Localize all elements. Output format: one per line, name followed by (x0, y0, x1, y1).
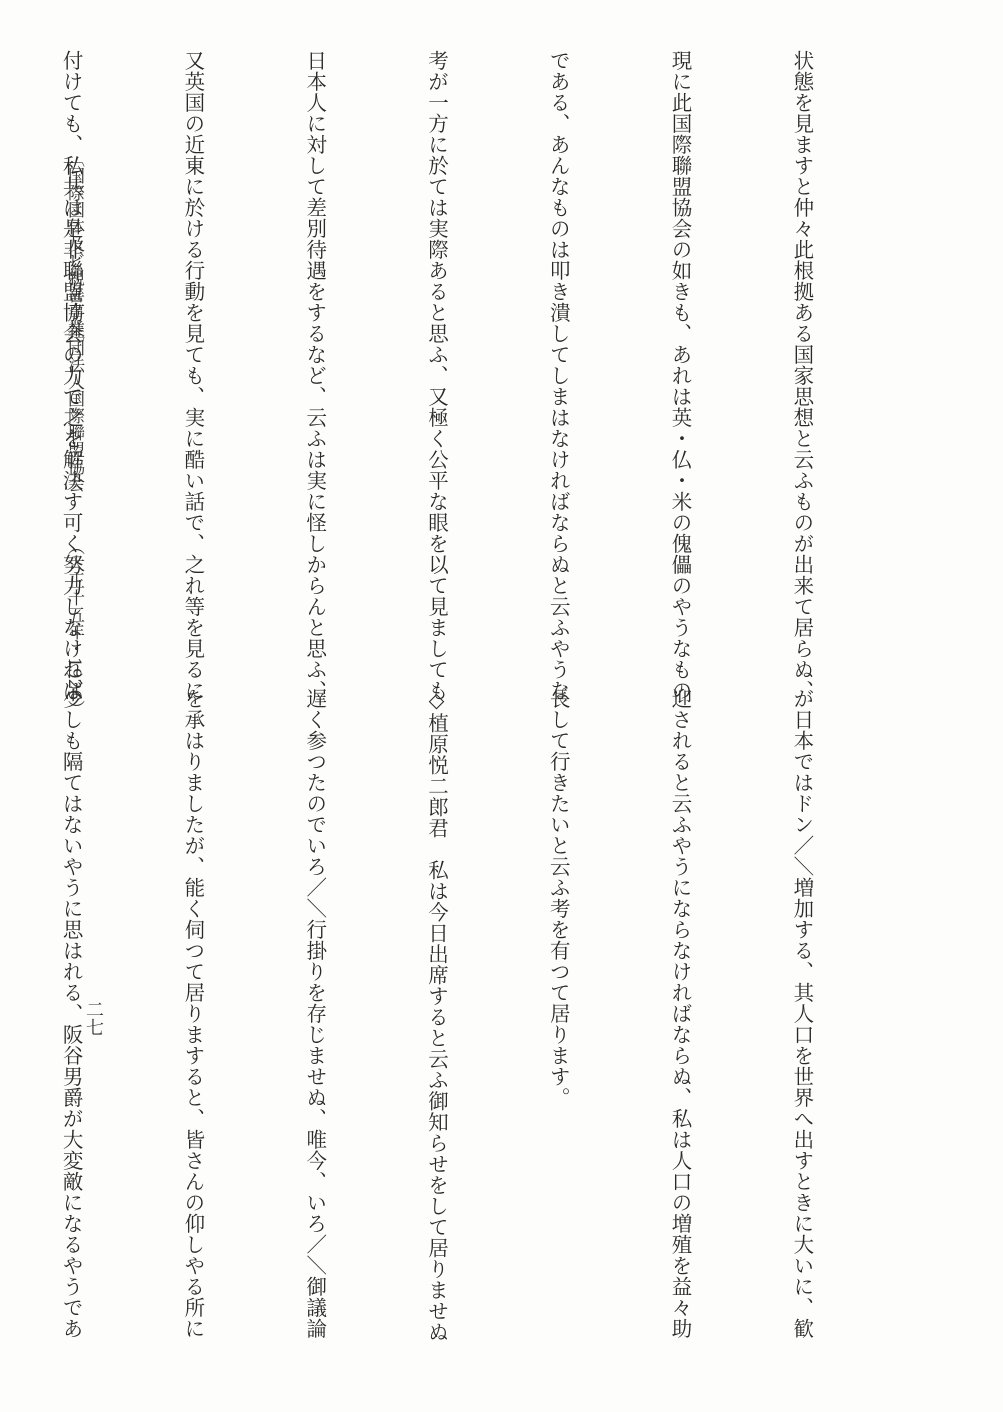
text-column: 状態を見ますと仲々此根拠ある国家思想と云ふものが出来て居らぬ、 (781, 50, 822, 650)
publication-year: （大正十五年・1926） (62, 538, 87, 717)
text-column: が日本ではドン／＼増加する、其人口を世界へ出すときに大いに、歓 (781, 688, 822, 1318)
text-column: を承はりましたが、能く伺つて居りますると、皆さんの仰しやる所に (172, 688, 213, 1318)
upper-text-block: 状態を見ますと仲々此根拠ある国家思想と云ふものが出来て居らぬ、 現に此国際聯盟協… (0, 50, 903, 650)
text-column: 日本人に対して差別待遇をするなど、云ふは実に怪しからんと思ふ、 (294, 50, 335, 650)
document-page: 状態を見ますと仲々此根拠ある国家思想と云ふものが出来て居らぬ、 現に此国際聯盟協… (0, 0, 1003, 1412)
speaker-column: ◇植原悦二郎君 私は今日出席すると云ふ御知らせをして居りませぬ (416, 688, 457, 1318)
text-column: 又英国の近東に於ける行動を見ても、実に酷い話で、之れ等を見るに (172, 50, 213, 650)
text-column: である、あんなものは叩き潰してしまはなければならぬと云ふやうな (538, 50, 579, 650)
page-number: 二七 (80, 1000, 106, 1036)
text-column: 迎されると云ふやうにならなければならぬ、私は人口の増殖を益々助 (659, 688, 700, 1318)
organization-name: 社団法人国際聯盟協会 (62, 322, 87, 492)
text-column: 考が一方に於ては実際あると思ふ、又極く公平な眼を以て見ましても (416, 50, 457, 650)
text-column: 遅く参つたのでいろ／＼行掛りを存じませぬ、唯今、いろ／＼御議論 (294, 688, 335, 1318)
text-column: 長して行きたいと云ふ考を有つて居ります。 (538, 688, 579, 1318)
text-column: 現に此国際聯盟協会の如きも、あれは英・仏・米の傀儡のやうなもの (659, 50, 700, 650)
lower-text-block: が日本ではドン／＼増加する、其人口を世界へ出すときに大いに、歓 迎されると云ふや… (0, 688, 903, 1318)
